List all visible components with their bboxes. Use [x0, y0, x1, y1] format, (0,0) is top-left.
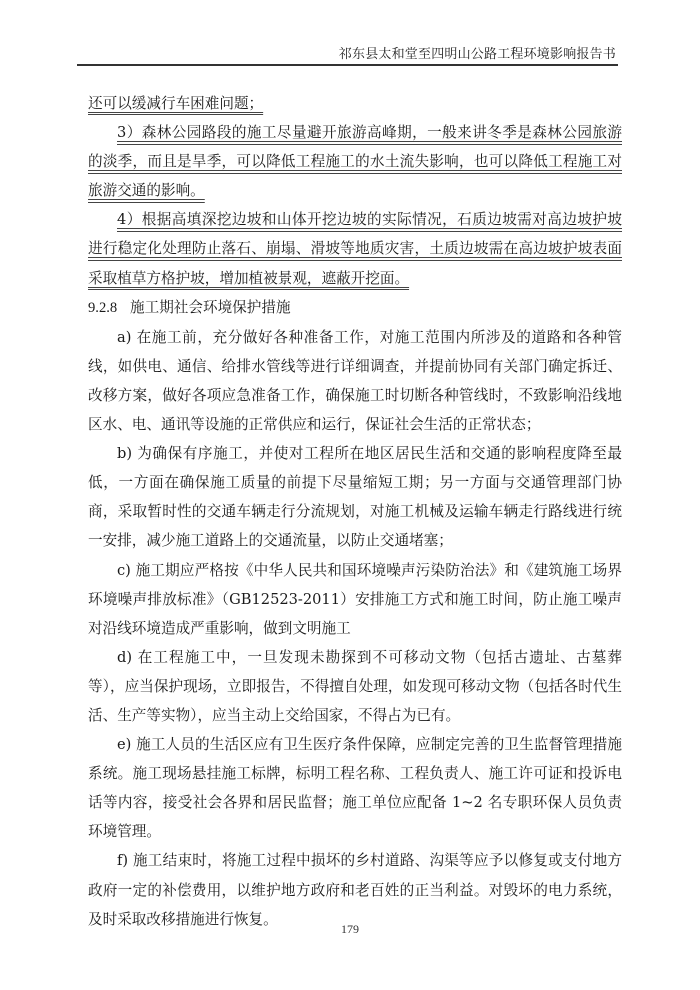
section-title: 施工期社会环境保护措施 [130, 299, 291, 316]
paragraph-e: e) 施工人员的生活区应有卫生医疗条件保障，应制定完善的卫生监督管理措施系统。施… [88, 730, 622, 846]
paragraph-a: a) 在施工前，充分做好各种准备工作，对施工范围内所涉及的道路和各种管线，如供电… [88, 323, 622, 439]
paragraph-b: b) 为确保有序施工，并使对工程所在地区居民生活和交通的影响程度降至最低，一方面… [88, 439, 622, 555]
header-rule [77, 64, 618, 66]
document-body: 还可以缓减行车困难问题； 3）森林公园路段的施工尽量避开旅游高峰期，一般来讲冬季… [88, 89, 622, 934]
continued-line: 还可以缓减行车困难问题； [88, 89, 622, 118]
header-title: 祁东县太和堂至四明山公路工程环境影响报告书 [339, 43, 616, 62]
list-item-3: 3）森林公园路段的施工尽量避开旅游高峰期，一般来讲冬季是森林公园旅游的淡季，而且… [88, 118, 622, 205]
paragraph-c: c) 施工期应严格按《中华人民共和国环境噪声污染防治法》和《建筑施工场界环境噪声… [88, 556, 622, 643]
page-number: 179 [0, 922, 700, 937]
paragraph-f: f) 施工结束时，将施工过程中损坏的乡村道路、沟渠等应予以修复或支付地方政府一定… [88, 846, 622, 933]
section-heading: 9.2.8施工期社会环境保护措施 [88, 293, 622, 323]
section-number: 9.2.8 [88, 294, 130, 323]
list-item-4: 4）根据高填深挖边坡和山体开挖边坡的实际情况，石质边坡需对高边坡护坡进行稳定化处… [88, 205, 622, 292]
paragraph-d: d) 在工程施工中，一旦发现未勘探到不可移动文物（包括古遗址、古墓葬等），应当保… [88, 643, 622, 730]
